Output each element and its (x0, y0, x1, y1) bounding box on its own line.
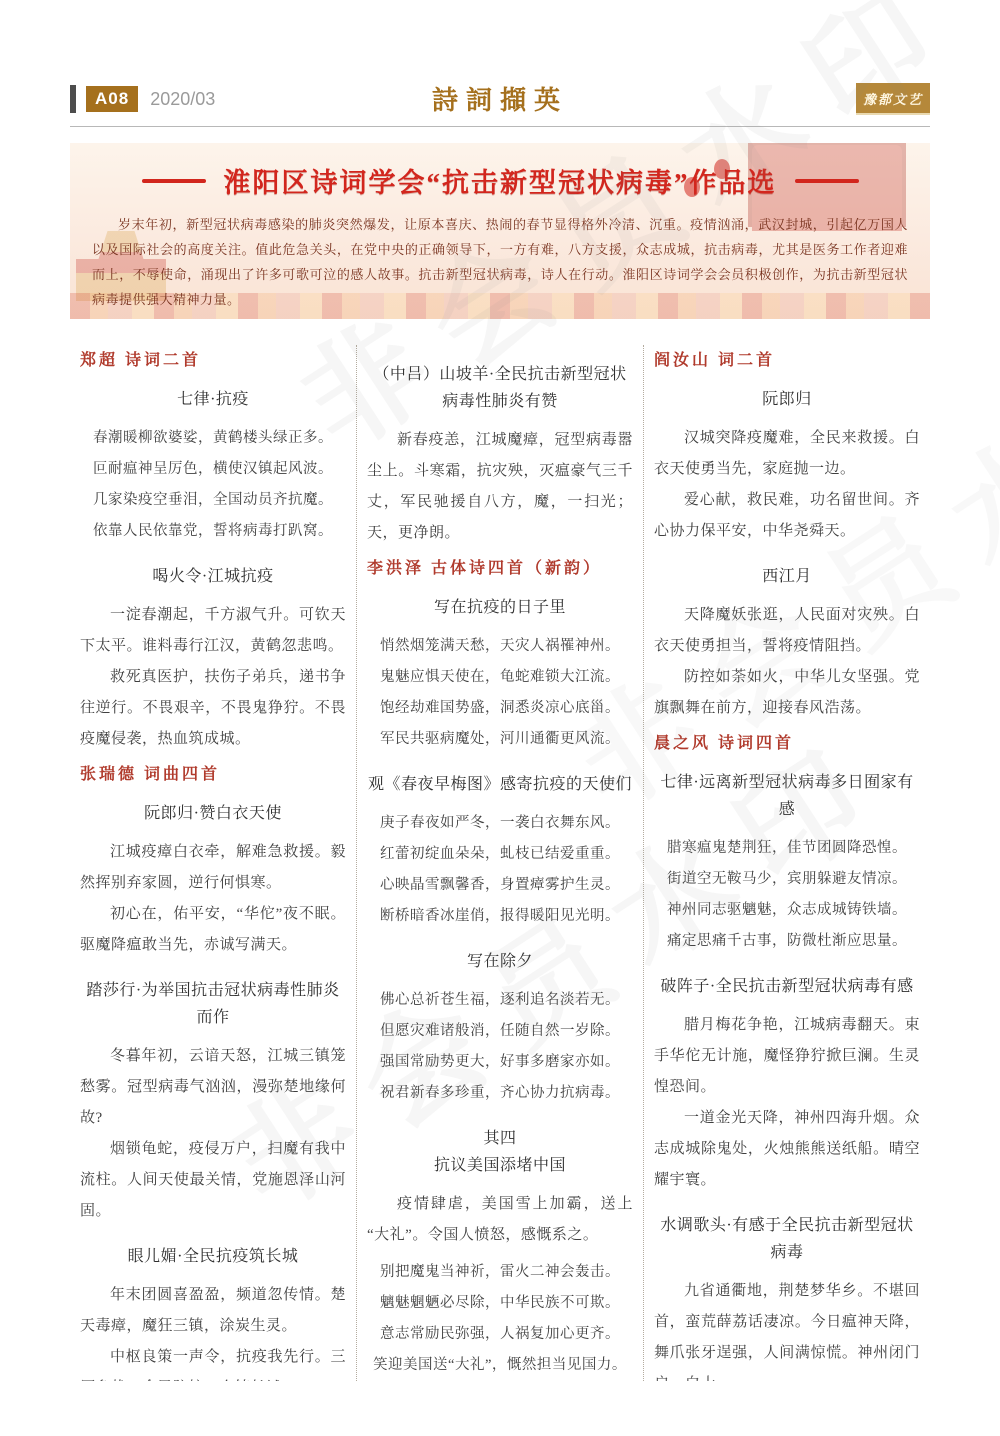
verse-line: 祝君新春多珍重，齐心协力抗病毒。 (367, 1078, 633, 1109)
poem-title-line: 病毒性肺炎有赞 (367, 388, 633, 415)
verse-line: 腊寒瘟鬼楚荆狂，佳节团圆降恐惶。 (654, 833, 920, 864)
verse-line: 强国常励势更大，好事多磨家亦如。 (367, 1047, 633, 1078)
stanza-paragraph: 烟锁龟蛇，疫侵万户，扫魔有我中流柱。人间天使最关情，党施恩泽山河固。 (80, 1134, 346, 1227)
poem-title: 七律·抗疫 (80, 386, 346, 413)
poem-title-line: 观《春夜早梅图》感寄抗疫的天使们 (367, 771, 633, 798)
poem-title: 其四抗议美国添堵中国 (367, 1125, 633, 1179)
poem-title: 眼儿媚·全民抗疫筑长城 (80, 1243, 346, 1270)
poem-stanza: 新春疫恙，江城魔瘴，冠型病毒嚣尘上。斗寒霜，抗灾殃，灭瘟豪气三千丈，军民驰援自八… (367, 425, 633, 549)
poem-title: 写在抗疫的日子里 (367, 594, 633, 621)
verse-line: 笑迎美国送“大礼”，慨然担当见国力。 (367, 1350, 633, 1381)
stanza-paragraph: 新春疫恙，江城魔瘴，冠型病毒嚣尘上。斗寒霜，抗灾殃，灭瘟豪气三千丈，军民驰援自八… (367, 425, 633, 549)
verse-line: 魑魅魍魉必尽除，中华民族不可欺。 (367, 1288, 633, 1319)
poem-title: （中吕）山坡羊·全民抗击新型冠状病毒性肺炎有赞 (367, 361, 633, 415)
poem-title-line: 写在除夕 (367, 948, 633, 975)
poem-title-line: 水调歌头·有感于全民抗击新型冠状 (654, 1212, 920, 1239)
poet-author-line: 李洪泽 古体诗四首（新韵） (367, 555, 633, 578)
poem-title-line: 阮郎归 (654, 386, 920, 413)
poem-title-line: 七律·远离新型冠状病毒多日囿家有 (654, 769, 920, 796)
poem-title: 阮郎归 (654, 386, 920, 413)
issue-date: 2020/03 (150, 89, 215, 110)
poem-title-line: 抗议美国添堵中国 (367, 1152, 633, 1179)
page-number-badge: A08 (86, 86, 138, 112)
verse-line: 但愿灾难诸般消，任随自然一岁除。 (367, 1016, 633, 1047)
poem-stanza: 一淀春潮起，千方淑气升。可钦天下太平。谁料毒行江汉，黄鹤忽悲鸣。救死真医护，扶伤… (80, 600, 346, 755)
text-column: 阎汝山 词二首阮郎归汉城突降疫魔难，全民来救援。白衣天使勇当先，家庭抛一边。爱心… (643, 345, 930, 1381)
poem-verse: 悄然烟笼满天愁，天灾人祸罹神州。鬼魅应惧天使在，龟蛇难锁大江流。饱经劫难国势盛，… (367, 631, 633, 755)
poem-title-line: 而作 (80, 1004, 346, 1031)
stanza-paragraph: 救死真医护，扶伤子弟兵，递书争往逆行。不畏艰辛，不畏鬼狰狞。不畏疫魔侵袭，热血筑… (80, 662, 346, 755)
poem-title: 阮郎归·赞白衣天使 (80, 800, 346, 827)
poem-stanza: 天降魔妖张逛，人民面对灾殃。白衣天使勇担当，誓将疫情阻挡。防控如荼如火，中华儿女… (654, 600, 920, 724)
section-title: 詩詞擷英 (432, 80, 568, 117)
stanza-paragraph: 江城疫瘴白衣牵，解难急救援。毅然挥别弃家圆，逆行何惧寒。 (80, 837, 346, 899)
stanza-paragraph: 初心在，佑平安，“华佗”夜不眠。驱魔降瘟敢当先，赤诚写满天。 (80, 899, 346, 961)
verse-line: 街道空无鞍马少，宾朋躲避友情凉。 (654, 864, 920, 895)
masthead-logo: 豫都文艺 (856, 83, 930, 115)
stanza-paragraph: 疫情肆虐，美国雪上加霸，送上“大礼”。令国人愤怒，感慨系之。 (367, 1189, 633, 1251)
poem-title-line: （中吕）山坡羊·全民抗击新型冠状 (367, 361, 633, 388)
poem-stanza: 江城疫瘴白衣牵，解难急救援。毅然挥别弃家圆，逆行何惧寒。初心在，佑平安，“华佗”… (80, 837, 346, 961)
poem-stanza: 九省通衢地，荆楚梦华乡。不堪回首，蛮荒薛荔话凄凉。今日瘟神天降，舞爪张牙逞强，人… (654, 1276, 920, 1381)
poem-title-line: 喝火令·江城抗疫 (80, 563, 346, 590)
header-edge-bar (70, 85, 76, 113)
verse-line: 庚子春夜如严冬，一袭白衣舞东风。 (367, 808, 633, 839)
poem-title-line: 其四 (367, 1125, 633, 1152)
verse-line: 几家染疫空垂泪，全国动员齐抗魔。 (80, 485, 346, 516)
poet-author-line: 郑超 诗词二首 (80, 347, 346, 370)
poet-author-line: 晨之风 诗词四首 (654, 730, 920, 753)
poem-title-line: 眼儿媚·全民抗疫筑长城 (80, 1243, 346, 1270)
newspaper-page: 非会员水印 非会员水印 非会员水印 A08 2020/03 詩詞擷英 豫都文艺 … (0, 0, 1000, 1436)
poem-title-line: 病毒 (654, 1239, 920, 1266)
poem-title-line: 感 (654, 796, 920, 823)
stanza-paragraph: 年末团圆喜盈盈，频道忽传情。楚天毒瘴，魔狂三镇，涂炭生灵。 (80, 1280, 346, 1342)
stanza-paragraph: 一淀春潮起，千方淑气升。可钦天下太平。谁料毒行江汉，黄鹤忽悲鸣。 (80, 600, 346, 662)
text-column: 郑超 诗词二首七律·抗疫春潮暖柳欲婆娑，黄鹤楼头绿正多。叵耐瘟神呈厉色，横使汉镇… (70, 345, 356, 1381)
stanza-paragraph: 腊月梅花争艳，江城病毒翻天。束手华佗无计施，魔怪狰狞掀巨澜。生灵惶恐间。 (654, 1010, 920, 1103)
poem-verse: 别把魔鬼当神祈，雷火二神会轰击。魑魅魍魉必尽除，中华民族不可欺。意志常励民弥强，… (367, 1257, 633, 1381)
poem-title-line: 破阵子·全民抗击新型冠状病毒有感 (654, 973, 920, 1000)
poem-title: 观《春夜早梅图》感寄抗疫的天使们 (367, 771, 633, 798)
poem-title: 水调歌头·有感于全民抗击新型冠状病毒 (654, 1212, 920, 1266)
dash-decoration-left (142, 179, 206, 183)
verse-line: 悄然烟笼满天愁，天灾人祸罹神州。 (367, 631, 633, 662)
verse-line: 军民共驱病魔处，河川通衢更风流。 (367, 724, 633, 755)
verse-line: 佛心总祈苍生福，逐利追名淡若无。 (367, 985, 633, 1016)
poem-stanza: 年末团圆喜盈盈，频道忽传情。楚天毒瘴，魔狂三镇，涂炭生灵。中枢良策一声令，抗疫我… (80, 1280, 346, 1381)
poet-author-line: 张瑞德 词曲四首 (80, 761, 346, 784)
poem-title: 破阵子·全民抗击新型冠状病毒有感 (654, 973, 920, 1000)
verse-line: 鬼魅应惧天使在，龟蛇难锁大江流。 (367, 662, 633, 693)
poem-stanza: 腊月梅花争艳，江城病毒翻天。束手华佗无计施，魔怪狰狞掀巨澜。生灵惶恐间。一道金光… (654, 1010, 920, 1196)
poem-title-line: 踏莎行·为举国抗击冠状病毒性肺炎 (80, 977, 346, 1004)
poem-title: 踏莎行·为举国抗击冠状病毒性肺炎而作 (80, 977, 346, 1031)
page-header: A08 2020/03 詩詞擷英 豫都文艺 (70, 80, 930, 127)
banner-title-row: 淮阳区诗词学会“抗击新型冠状病毒”作品选 (92, 161, 908, 200)
banner-title: 淮阳区诗词学会“抗击新型冠状病毒”作品选 (224, 161, 777, 200)
verse-line: 春潮暖柳欲婆娑，黄鹤楼头绿正多。 (80, 423, 346, 454)
poem-verse: 佛心总祈苍生福，逐利追名淡若无。但愿灾难诸般消，任随自然一岁除。强国常励势更大，… (367, 985, 633, 1109)
stanza-paragraph: 一道金光天降，神州四海升烟。众志成城除鬼处，火烛熊熊送纸船。晴空耀宇寰。 (654, 1103, 920, 1196)
poet-author-line: 阎汝山 词二首 (654, 347, 920, 370)
verse-line: 饱经劫难国势盛，洞悉炎凉心底甾。 (367, 693, 633, 724)
poem-verse: 腊寒瘟鬼楚荆狂，佳节团圆降恐惶。街道空无鞍马少，宾朋躲避友情凉。神州同志驱魑魅，… (654, 833, 920, 957)
dash-decoration-right (795, 179, 859, 183)
stanza-paragraph: 中枢良策一声令，抗疫我先行。三军参战，全民防控，血铸长城。 (80, 1342, 346, 1381)
poem-verse: 庚子春夜如严冬，一袭白衣舞东风。红蕾初绽血朵朵，虬枝已结爱重重。心映晶雪飘馨香，… (367, 808, 633, 932)
verse-line: 痛定思痛千古事，防微杜渐应思量。 (654, 926, 920, 957)
poem-stanza: 疫情肆虐，美国雪上加霸，送上“大礼”。令国人愤怒，感慨系之。 (367, 1189, 633, 1251)
verse-line: 叵耐瘟神呈厉色，横使汉镇起风波。 (80, 454, 346, 485)
poem-title-line: 阮郎归·赞白衣天使 (80, 800, 346, 827)
poem-stanza: 冬暮年初，云谙天怒，江城三镇笼愁雾。冠型病毒气汹汹，漫弥楚地缘何故?烟锁龟蛇，疫… (80, 1041, 346, 1227)
poem-verse: 春潮暖柳欲婆娑，黄鹤楼头绿正多。叵耐瘟神呈厉色，横使汉镇起风波。几家染疫空垂泪，… (80, 423, 346, 547)
text-column: （中吕）山坡羊·全民抗击新型冠状病毒性肺炎有赞新春疫恙，江城魔瘴，冠型病毒嚣尘上… (356, 345, 643, 1381)
banner-intro-paragraph: 岁末年初，新型冠状病毒感染的肺炎突然爆发，让原本喜庆、热闹的春节显得格外冷清、沉… (92, 212, 908, 312)
verse-line: 别把魔鬼当神祈，雷火二神会轰击。 (367, 1257, 633, 1288)
poem-title: 写在除夕 (367, 948, 633, 975)
poem-title: 七律·远离新型冠状病毒多日囿家有感 (654, 769, 920, 823)
poem-title-line: 西江月 (654, 563, 920, 590)
stanza-paragraph: 汉城突降疫魔难，全民来救援。白衣天使勇当先，家庭抛一边。 (654, 423, 920, 485)
stanza-paragraph: 冬暮年初，云谙天怒，江城三镇笼愁雾。冠型病毒气汹汹，漫弥楚地缘何故? (80, 1041, 346, 1134)
stanza-paragraph: 天降魔妖张逛，人民面对灾殃。白衣天使勇担当，誓将疫情阻挡。 (654, 600, 920, 662)
verse-line: 神州同志驱魑魅，众志成城铸铁墙。 (654, 895, 920, 926)
verse-line: 依靠人民依靠党，誓将病毒打趴窝。 (80, 516, 346, 547)
verse-line: 断桥暗香冰崖俏，报得暖阳见光明。 (367, 901, 633, 932)
poem-stanza: 汉城突降疫魔难，全民来救援。白衣天使勇当先，家庭抛一边。爱心献，救民难，功名留世… (654, 423, 920, 547)
poem-title-line: 七律·抗疫 (80, 386, 346, 413)
poem-title: 西江月 (654, 563, 920, 590)
poem-title: 喝火令·江城抗疫 (80, 563, 346, 590)
stanza-paragraph: 九省通衢地，荆楚梦华乡。不堪回首，蛮荒薛荔话凄凉。今日瘟神天降，舞爪张牙逞强，人… (654, 1276, 920, 1381)
verse-line: 心映晶雪飘馨香，身置瘴雾护生灵。 (367, 870, 633, 901)
poem-title-line: 写在抗疫的日子里 (367, 594, 633, 621)
stanza-paragraph: 防控如荼如火，中华儿女坚强。党旗飘舞在前方，迎接春风浩荡。 (654, 662, 920, 724)
verse-line: 意志常励民弥强，人祸复加心更齐。 (367, 1319, 633, 1350)
feature-banner: 淮阳区诗词学会“抗击新型冠状病毒”作品选 岁末年初，新型冠状病毒感染的肺炎突然爆… (70, 143, 930, 319)
verse-line: 红蕾初绽血朵朵，虬枝已结爱重重。 (367, 839, 633, 870)
poem-columns: 郑超 诗词二首七律·抗疫春潮暖柳欲婆娑，黄鹤楼头绿正多。叵耐瘟神呈厉色，横使汉镇… (70, 345, 930, 1381)
stanza-paragraph: 爱心献，救民难，功名留世间。齐心协力保平安，中华尧舜天。 (654, 485, 920, 547)
